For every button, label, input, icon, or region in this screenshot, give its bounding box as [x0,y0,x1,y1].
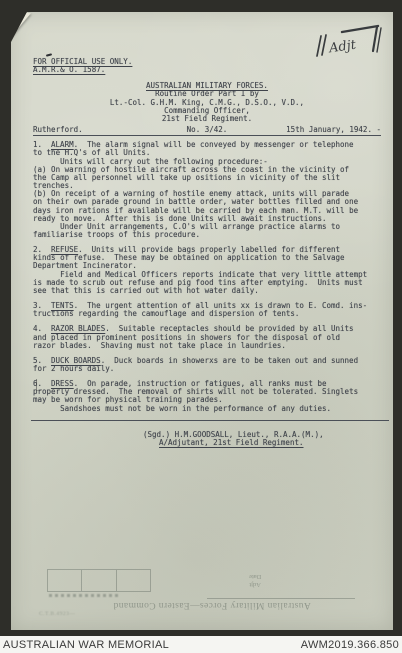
section-text: . The alarm signal will be conveyed by m… [33,140,358,239]
section-text: . The urgent attention of all units xx i… [33,301,367,318]
handwritten-text: Adjt [327,38,358,57]
regulation-reference: A.M.R.& O. 1587. [33,66,381,74]
order-section-duck-boards: 5.DUCK BOARDS. Duck boards in showerxs a… [33,357,381,373]
signature-block: (Sgd.) H.M.GOODSALL, Lieut., R.A.A.(M.),… [143,431,381,447]
accession-number: AWM2019.366.850 [301,639,399,651]
signature-title-line: A/Adjutant, 21st Field Regiment. [159,439,381,447]
section-text: . On parade, instruction or fatigues, al… [33,379,358,412]
order-section-refuse: 2.REFUSE. Units will provide bags proper… [33,246,381,295]
order-section-razor-blades: 4.RAZOR BLADES. Suitable receptacles sho… [33,325,381,349]
archive-catalog-bar: AUSTRALIAN WAR MEMORIAL AWM2019.366.850 [0,636,402,653]
order-section-tents: 3.TENTS. The urgent attention of all uni… [33,302,381,318]
unit-name: 21st Field Regiment. [33,115,381,123]
order-section-dress: 6.DRESS. On parade, instruction or fatig… [33,380,381,413]
order-section-alarm: 1.ALARM. The alarm signal will be convey… [33,141,381,239]
order-sections: 1.ALARM. The alarm signal will be convey… [33,141,381,413]
document-body: FOR OFFICIAL USE ONLY. A.M.R.& O. 1587. … [11,12,393,630]
order-number: No. 3/42. [33,126,381,134]
document-header: AUSTRALIAN MILITARY FORCES. Routine Orde… [33,82,381,123]
signature-divider [31,420,389,421]
scanned-document-page: AdjtDate Australian Military Forces—East… [11,12,393,630]
dateline-row: Rutherford. No. 3/42. 15th January, 1942… [33,126,381,136]
pencil-mark [36,379,41,391]
institution-name: AUSTRALIAN WAR MEMORIAL [3,639,169,651]
section-text: . Units will provide bags properly label… [33,245,367,295]
handwritten-adjt-annotation: Adjt [316,22,386,64]
